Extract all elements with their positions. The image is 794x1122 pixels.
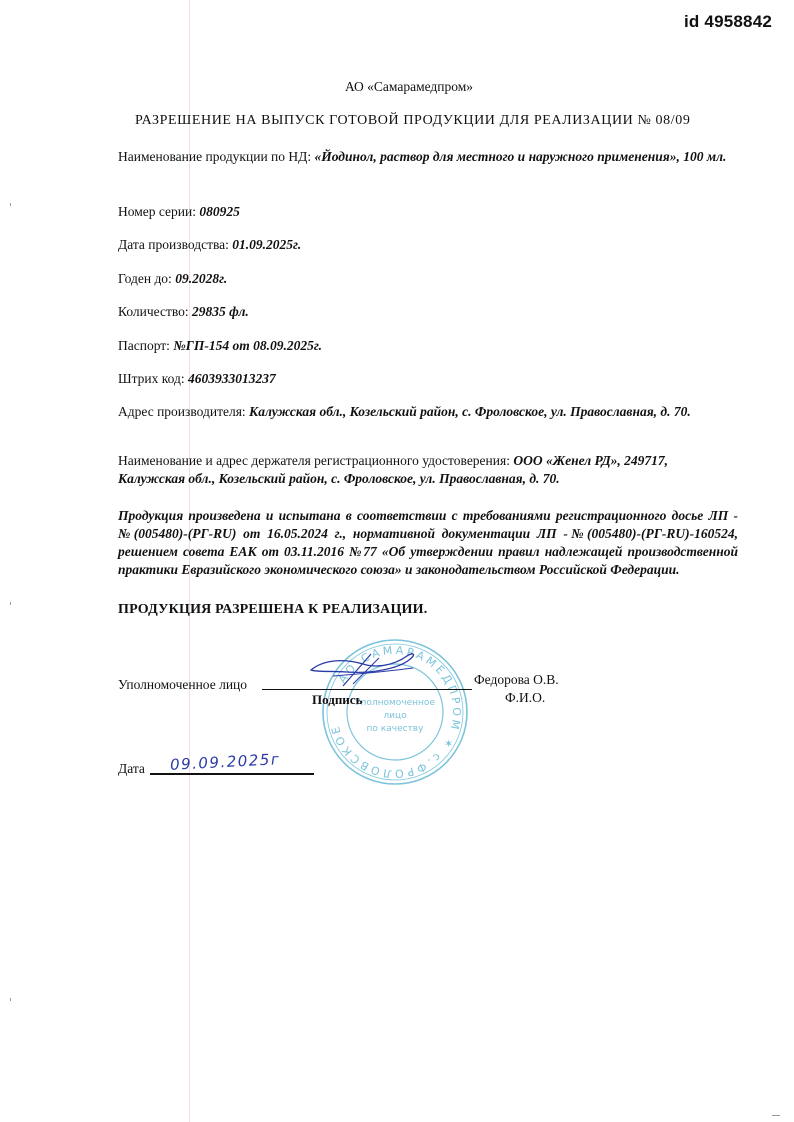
field-manufacturer-address: Адрес производителя: Калужская обл., Коз… <box>118 403 738 421</box>
field-batch-number: Номер серии: 080925 <box>118 203 738 221</box>
scan-artifact <box>10 998 11 1001</box>
svg-text:лицо: лицо <box>383 711 407 721</box>
field-label: Годен до: <box>118 271 175 286</box>
field-quantity: Количество: 29835 фл. <box>118 303 738 321</box>
field-value: 29835 фл. <box>192 304 249 319</box>
field-expiry: Годен до: 09.2028г. <box>118 270 738 288</box>
signer-name: Федорова О.В. <box>474 672 559 688</box>
date-label: Дата <box>118 761 145 777</box>
field-value: 09.2028г. <box>175 271 227 286</box>
field-registration-holder: Наименование и адрес держателя регистрац… <box>118 452 738 488</box>
field-label: Дата производства: <box>118 237 232 252</box>
handwritten-date: 09.09.2025г <box>170 750 281 774</box>
field-product-name: Наименование продукции по НД: «Йодинол, … <box>118 148 738 166</box>
field-value: «Йодинол, раствор для местного и наружно… <box>314 149 726 164</box>
field-label: Наименование и адрес держателя регистрац… <box>118 453 513 468</box>
scan-artifact <box>10 203 11 206</box>
field-production-date: Дата производства: 01.09.2025г. <box>118 236 738 254</box>
field-value: 4603933013237 <box>188 371 276 386</box>
compliance-statement: Продукция произведена и испытана в соотв… <box>118 507 738 579</box>
document-page: id 4958842 АО «Самарамедпром» РАЗРЕШЕНИЕ… <box>0 0 794 1122</box>
field-label: Штрих код: <box>118 371 188 386</box>
signature-line <box>262 689 472 690</box>
field-value: 080925 <box>199 204 240 219</box>
field-barcode: Штрих код: 4603933013237 <box>118 370 738 388</box>
scan-artifact <box>772 1115 780 1116</box>
field-value: Калужская обл., Козельский район, с. Фро… <box>249 404 691 419</box>
field-label: Количество: <box>118 304 192 319</box>
field-label: Наименование продукции по НД: <box>118 149 314 164</box>
svg-text:Уполномоченное: Уполномоченное <box>355 698 435 708</box>
approval-statement: ПРОДУКЦИЯ РАЗРЕШЕНА К РЕАЛИЗАЦИИ. <box>118 602 427 618</box>
signature-caption: Подпись <box>312 692 362 708</box>
document-id: id 4958842 <box>684 12 772 32</box>
field-passport: Паспорт: №ГП-154 от 08.09.2025г. <box>118 337 738 355</box>
field-label: Адрес производителя: <box>118 404 249 419</box>
company-name: АО «Самарамедпром» <box>0 79 794 95</box>
field-value: 01.09.2025г. <box>232 237 301 252</box>
scan-artifact <box>10 602 11 605</box>
authorized-person-label: Уполномоченное лицо <box>118 677 247 693</box>
document-title: РАЗРЕШЕНИЕ НА ВЫПУСК ГОТОВОЙ ПРОДУКЦИИ Д… <box>135 113 690 129</box>
signer-name-caption: Ф.И.О. <box>505 690 545 706</box>
svg-text:по качеству: по качеству <box>367 724 425 734</box>
field-label: Номер серии: <box>118 204 199 219</box>
field-label: Паспорт: <box>118 338 173 353</box>
field-value: №ГП-154 от 08.09.2025г. <box>173 338 322 353</box>
handwritten-signature-icon <box>303 648 423 688</box>
